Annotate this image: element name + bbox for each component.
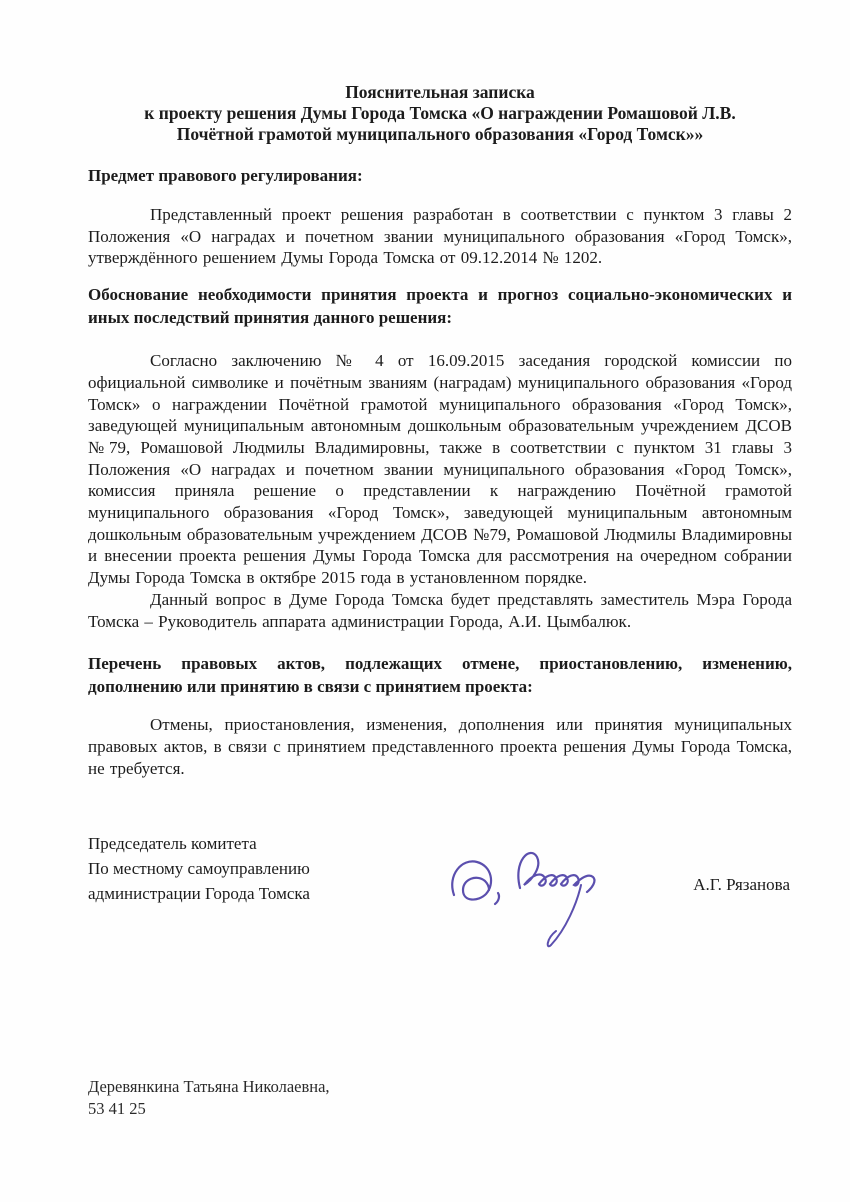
section3-paragraph: Отмены, приостановления, изменения, допо… [88,714,792,779]
section1-paragraph: Представленный проект решения разработан… [88,204,792,269]
handwritten-signature-image [440,835,640,955]
contact-name: Деревянкина Татьяна Николаевна, [88,1076,330,1098]
document-content: Пояснительная записка к проекту решения … [88,82,792,971]
document-title-line2: к проекту решения Думы Города Томска «О … [88,103,792,124]
document-title: Пояснительная записка к проекту решения … [88,82,792,145]
section2-paragraph2: Данный вопрос в Думе Города Томска будет… [88,589,792,632]
signature-stroke-comma [495,893,499,904]
document-title-line3: Почётной грамотой муниципального образов… [88,124,792,145]
contact-footer: Деревянкина Татьяна Николаевна, 53 41 25 [88,1076,330,1120]
signature-block: Председатель комитета По местному самоуп… [88,831,792,971]
section2-paragraph1: Согласно заключению № 4 от 16.09.2015 за… [88,350,792,589]
signature-stroke-tail [548,885,581,946]
section1-heading: Предмет правового регулирования: [88,164,792,187]
document-page: Пояснительная записка к проекту решения … [0,0,850,1202]
signature-stroke-a-loop [452,862,491,900]
section3-heading: Перечень правовых актов, подлежащих отме… [88,652,792,698]
section2-heading: Обоснование необходимости принятия проек… [88,283,792,329]
signatory-name: А.Г. Рязанова [693,875,790,895]
signature-stroke-arches [518,853,594,892]
document-title-line1: Пояснительная записка [88,82,792,103]
contact-phone: 53 41 25 [88,1098,330,1120]
